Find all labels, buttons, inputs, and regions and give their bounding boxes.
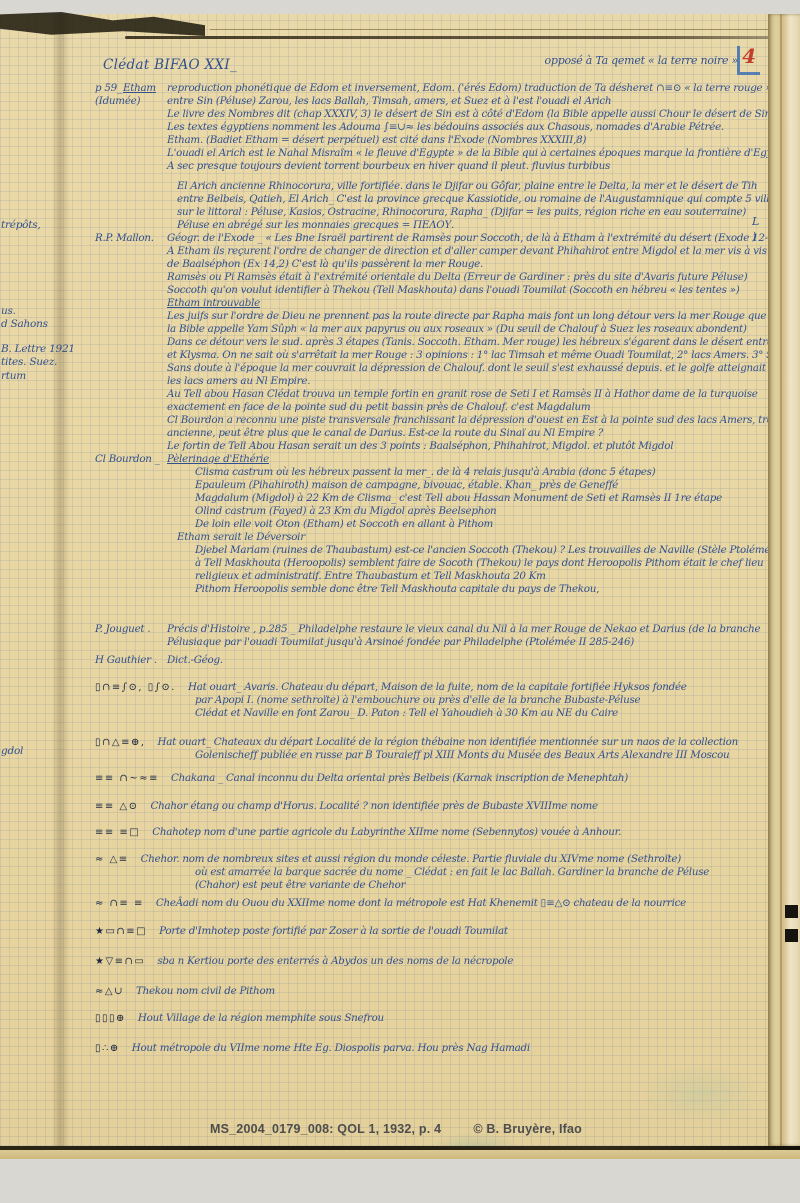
handwritten-text: Soccoth qu'on voulut identifier à Thekou… <box>167 284 739 297</box>
page-number: 4 <box>742 44 756 68</box>
handwritten-text: Le fortin de Tell Abou Hasan serait un d… <box>167 440 673 453</box>
manuscript-line: (Idumée)entre Sin (Péluse) Zarou, les la… <box>95 95 785 108</box>
handwritten-text: Les juifs sur l'ordre de Dieu ne prennen… <box>167 310 766 323</box>
manuscript-line: Epauleum (Pihahiroth) maison de campagne… <box>95 479 785 492</box>
manuscript-line: Le livre des Nombres dit (chap XXXIV, 3)… <box>95 108 785 121</box>
manuscript-line: Les juifs sur l'ordre de Dieu ne prennen… <box>95 310 785 323</box>
handwritten-text: les lacs amers au Nl Empire. <box>167 375 310 388</box>
hieroglyph-group: ▯▯▯⊕ <box>95 1012 126 1025</box>
handwritten-text: Cl Bourdon a reconnu une piste transvers… <box>167 414 778 427</box>
hieroglyph-group: ≈ ∩≡ ≡ <box>95 897 144 910</box>
manuscript-line: exactement en face de la pointe sud du p… <box>95 401 785 414</box>
manuscript-line: Cl Bourdon _Pèlerinage d'Ethérie <box>95 453 785 466</box>
handwritten-text: religieux et administratif. Entre Thauba… <box>195 570 546 583</box>
notebook-page: opposé à Ta qemet « la terre noire » 4 C… <box>0 14 800 1146</box>
handwritten-text: CheÂadi nom du Ouou du XXIIme nome dont … <box>156 897 686 910</box>
handwritten-text: Chehor. nom de nombreux sites et aussi r… <box>141 853 681 866</box>
manuscript-line: Au Tell abou Hasan Clédat trouva un temp… <box>95 388 785 401</box>
copyright-notice: © B. Bruyère, Ifao <box>473 1122 582 1136</box>
handwritten-text: De loin elle voit Oton (Etham) et Soccot… <box>195 518 493 531</box>
handwritten-text: Etham introuvable <box>167 297 260 310</box>
manuscript-line: Les textes égyptiens nomment les Adouma … <box>95 121 785 134</box>
manuscript-line: Djebel Mariam (ruines de Thaubastum) est… <box>95 544 785 557</box>
archive-caption: MS_2004_0179_008: QOL 1, 1932, p. 4 © B.… <box>210 1122 582 1136</box>
handwritten-text: Hat ouart_ Chateaux du départ Localité d… <box>158 736 739 749</box>
margin-keyword-label: Etham <box>123 82 156 95</box>
handwritten-text: Chahor étang ou champ d'Horus. Localité … <box>151 800 598 813</box>
manuscript-line: ▯∴⊕Hout métropole du VIIme nome Hte Eg. … <box>95 1042 785 1055</box>
handwritten-text: de Baalséphon (Ex 14,2) C'est là qu'ils … <box>167 258 483 271</box>
manuscript-line: de Baalséphon (Ex 14,2) C'est là qu'ils … <box>95 258 785 271</box>
hieroglyph-group: ≈△∪ <box>95 985 124 998</box>
page-edge-line-top <box>210 29 800 30</box>
handwritten-text: par Apopi I. (nome sethroïte) à l'embouc… <box>195 694 640 707</box>
manuscript-line: les lacs amers au Nl Empire. <box>95 375 785 388</box>
handwritten-text: Hout Village de la région memphite sous … <box>138 1012 384 1025</box>
manuscript-line: Ramsès ou Pi Ramsès était à l'extrémité … <box>95 271 785 284</box>
manuscript-line: Clédat et Naville en font Zarou_ D. Pato… <box>95 707 785 720</box>
hieroglyph-group: ▯∩≡∫⊙, ▯∫⊙. <box>95 681 176 694</box>
manuscript-line: Clisma castrum où les hébreux passent la… <box>95 466 785 479</box>
handwritten-text: L'ouadi el Arich est le Nahal Misraïm « … <box>167 147 791 160</box>
manuscript-line: ≡≡ △⊙Chahor étang ou champ d'Horus. Loca… <box>95 800 785 813</box>
handwritten-text: Chakana _ Canal inconnu du Delta orienta… <box>171 772 628 785</box>
manuscript-line: ≈△∪Thekou nom civil de Pithom <box>95 985 785 998</box>
manuscript-line: où est amarrée la barque sacrée du nome … <box>95 866 785 879</box>
margin-mark-L: L <box>752 215 759 228</box>
handwritten-text: Péluse en abrégé sur les monnaies grecqu… <box>177 219 454 232</box>
manuscript-body: p 59_Ethamreproduction phonétique de Edo… <box>95 82 785 1055</box>
handwritten-text: A sec presque toujours devient torrent b… <box>167 160 610 173</box>
handwritten-text: Ramsès ou Pi Ramsès était à l'extrémité … <box>167 271 747 284</box>
manuscript-line: ≡≡ ∩~≈≡Chakana _ Canal inconnu du Delta … <box>95 772 785 785</box>
manuscript-line: religieux et administratif. Entre Thauba… <box>95 570 785 583</box>
manuscript-line: L'ouadi el Arich est le Nahal Misraïm « … <box>95 147 785 160</box>
handwritten-text: entre Sin (Péluse) Zarou, les lacs Balla… <box>167 95 611 108</box>
hieroglyph-group: ▯∩△≡⊕, <box>95 736 146 749</box>
manuscript-line: A Etham ils reçurent l'ordre de changer … <box>95 245 785 258</box>
handwritten-text: El Arich ancienne Rhinocorura, ville for… <box>177 180 757 193</box>
handwritten-text: Dans ce détour vers le sud. après 3 étap… <box>167 336 800 349</box>
hieroglyph-group: ★▭∩≡□ <box>95 925 147 938</box>
handwritten-text: Sans doute à l'époque la mer couvrait la… <box>167 362 766 375</box>
handwritten-text: Les textes égyptiens nomment les Adouma … <box>167 121 724 134</box>
manuscript-line: Etham. (Badiet Etham = désert perpétuel)… <box>95 134 785 147</box>
handwritten-text: ancienne, peut être plus que le canal de… <box>167 427 603 440</box>
margin-author-label: P. Jouguet . <box>95 623 150 636</box>
facing-page-text-fragment: d Sahons <box>1 318 48 330</box>
handwritten-text: Dict.-Géog. <box>167 654 223 667</box>
page-edge-shadow-top <box>125 36 800 39</box>
handwritten-text: Etham serait le Déversoir <box>177 531 305 544</box>
manuscript-line: Etham serait le Déversoir <box>95 531 785 544</box>
handwritten-text: Géogr. de l'Exode _ « Les Bne Israël par… <box>167 232 800 245</box>
page-edge-bottom <box>0 1150 800 1159</box>
tape-fragment <box>785 929 798 942</box>
margin-author-label: Cl Bourdon _ <box>95 453 160 466</box>
manuscript-line: ▯∩≡∫⊙, ▯∫⊙.Hat ouart_ Avaris. Chateau du… <box>95 681 785 694</box>
hieroglyph-group: ≈ △≡ <box>95 853 129 866</box>
handwritten-text: sba n Kertiou porte des enterrés à Abydo… <box>157 955 513 968</box>
manuscript-line: entre Belbeis, Qatieh, El Arich_ C'est l… <box>95 193 785 206</box>
manuscript-line: H Gauthier .Dict.-Géog. <box>95 654 785 667</box>
page-edges-right <box>768 14 800 1146</box>
manuscript-line: et Klysma. On ne sait où s'arrêtait la m… <box>95 349 785 362</box>
handwritten-text: Etham. (Badiet Etham = désert perpétuel)… <box>167 134 586 147</box>
page-title: Clédat BIFAO XXI_ <box>103 57 237 73</box>
manuscript-line: R.P. Mallon.Géogr. de l'Exode _ « Les Bn… <box>95 232 785 245</box>
manuscript-line: ≡≡ ≡□Chahotep nom d'une partie agricole … <box>95 826 785 839</box>
handwritten-text: la Bible appelle Yam Sûph « la mer aux p… <box>167 323 747 336</box>
handwritten-text: reproduction phonétique de Edom et inver… <box>167 82 800 95</box>
manuscript-line: ▯▯▯⊕Hout Village de la région memphite s… <box>95 1012 785 1025</box>
facing-page-text-fragment: rtum <box>1 370 26 382</box>
hieroglyph-group: ▯∴⊕ <box>95 1042 120 1055</box>
manuscript-line: Golenischeff publiée en russe par B Tour… <box>95 749 785 762</box>
facing-page-text-fragment: B. Lettre 1921 <box>1 343 75 355</box>
manuscript-line: p 59_Ethamreproduction phonétique de Edo… <box>95 82 785 95</box>
manuscript-line: par Apopi I. (nome sethroïte) à l'embouc… <box>95 694 785 707</box>
manuscript-line: De loin elle voit Oton (Etham) et Soccot… <box>95 518 785 531</box>
handwritten-text: et Klysma. On ne sait où s'arrêtait la m… <box>167 349 793 362</box>
manuscript-line: Magdalum (Migdol) à 22 Km de Clisma_ c'e… <box>95 492 785 505</box>
handwritten-text: Hout métropole du VIIme nome Hte Eg. Dio… <box>132 1042 530 1055</box>
margin-author-label: R.P. Mallon. <box>95 232 154 245</box>
margin-mark-paren: ) <box>752 230 756 243</box>
handwritten-text: Thekou nom civil de Pithom <box>136 985 275 998</box>
manuscript-line: à Tell Maskhouta (Heroopolis) semblent f… <box>95 557 785 570</box>
handwritten-text: Chahotep nom d'une partie agricole du La… <box>152 826 621 839</box>
manuscript-line: Dans ce détour vers le sud. après 3 étap… <box>95 336 785 349</box>
handwritten-text: à Tell Maskhouta (Heroopolis) semblent f… <box>195 557 763 570</box>
tape-fragment <box>785 905 798 918</box>
facing-page-text-fragment: tites. Suez. <box>1 356 57 368</box>
handwritten-text: Golenischeff publiée en russe par B Tour… <box>195 749 729 762</box>
margin-author-label: H Gauthier . <box>95 654 157 667</box>
hieroglyph-group: ≡≡ △⊙ <box>95 800 139 813</box>
facing-page-text-fragment: us. <box>1 305 16 317</box>
handwritten-text: Djebel Mariam (ruines de Thaubastum) est… <box>195 544 797 557</box>
manuscript-line: P. Jouguet .Précis d'Histoire , p.285 _ … <box>95 623 785 636</box>
handwritten-text: Pithom Heroopolis semble donc être Tell … <box>195 583 599 596</box>
handwritten-text: Clédat et Naville en font Zarou_ D. Pato… <box>195 707 618 720</box>
handwritten-text: Le livre des Nombres dit (chap XXXIV, 3)… <box>167 108 775 121</box>
manuscript-line: ≈ △≡Chehor. nom de nombreux sites et aus… <box>95 853 785 866</box>
facing-page-text-fragment: gdol <box>1 745 23 757</box>
manuscript-line: sur le littoral : Péluse, Kasios, Ostrac… <box>95 206 785 219</box>
marginalia-top-right: opposé à Ta qemet « la terre noire » <box>545 54 738 67</box>
handwritten-text: Porte d'Imhotep poste fortifié par Zoser… <box>159 925 508 938</box>
handwritten-text: entre Belbeis, Qatieh, El Arich_ C'est l… <box>177 193 780 206</box>
manuscript-line: ≈ ∩≡ ≡CheÂadi nom du Ouou du XXIIme nome… <box>95 897 785 910</box>
facing-page-text-fragment: trépôts, <box>1 219 40 231</box>
manuscript-line: ★▭∩≡□Porte d'Imhotep poste fortifié par … <box>95 925 785 938</box>
page-stain <box>640 1064 760 1124</box>
manuscript-line: Péluse en abrégé sur les monnaies grecqu… <box>95 219 785 232</box>
handwritten-text: où est amarrée la barque sacrée du nome … <box>195 866 709 879</box>
manuscript-line: Pithom Heroopolis semble donc être Tell … <box>95 583 785 596</box>
handwritten-text: Magdalum (Migdol) à 22 Km de Clisma_ c'e… <box>195 492 722 505</box>
handwritten-text: sur le littoral : Péluse, Kasios, Ostrac… <box>177 206 746 219</box>
manuscript-line: Sans doute à l'époque la mer couvrait la… <box>95 362 785 375</box>
handwritten-text: Pèlerinage d'Ethérie <box>167 453 269 466</box>
handwritten-text: (Chahor) est peut être variante de Cheho… <box>195 879 405 892</box>
handwritten-text: Clisma castrum où les hébreux passent la… <box>195 466 655 479</box>
manuscript-line: ancienne, peut être plus que le canal de… <box>95 427 785 440</box>
manuscript-line: ★▽≡∩▭sba n Kertiou porte des enterrés à … <box>95 955 785 968</box>
manuscript-line: ▯∩△≡⊕,Hat ouart_ Chateaux du départ Loca… <box>95 736 785 749</box>
page-edge-crease <box>780 14 782 1146</box>
manuscript-line: Pélusiaque par l'ouadi Toumilat jusqu'à … <box>95 636 785 649</box>
hieroglyph-group: ≡≡ ≡□ <box>95 826 140 839</box>
manuscript-line: (Chahor) est peut être variante de Cheho… <box>95 879 785 892</box>
handwritten-text: A Etham ils reçurent l'ordre de changer … <box>167 245 767 258</box>
manuscript-line: A sec presque toujours devient torrent b… <box>95 160 785 173</box>
binding-crease <box>52 14 70 1146</box>
archive-reference: MS_2004_0179_008: QOL 1, 1932, p. 4 <box>210 1122 441 1136</box>
manuscript-line: El Arich ancienne Rhinocorura, ville for… <box>95 180 785 193</box>
handwritten-text: exactement en face de la pointe sud du p… <box>167 401 590 414</box>
handwritten-text: Au Tell abou Hasan Clédat trouva un temp… <box>167 388 758 401</box>
manuscript-line: Olind castrum (Fayed) à 23 Km du Migdol … <box>95 505 785 518</box>
manuscript-line: Etham introuvable <box>95 297 785 310</box>
hieroglyph-group: ★▽≡∩▭ <box>95 955 145 968</box>
handwritten-text: Pélusiaque par l'ouadi Toumilat jusqu'à … <box>167 636 634 649</box>
margin-author-label: (Idumée) <box>95 95 140 108</box>
handwritten-text: Epauleum (Pihahiroth) maison de campagne… <box>195 479 618 492</box>
hieroglyph-group: ≡≡ ∩~≈≡ <box>95 772 159 785</box>
margin-author-label: p 59_ <box>95 82 122 95</box>
handwritten-text: Hat ouart_ Avaris. Chateau du départ, Ma… <box>188 681 687 694</box>
handwritten-text: Précis d'Histoire , p.285 _ Philadelphe … <box>167 623 760 636</box>
handwritten-text: Olind castrum (Fayed) à 23 Km du Migdol … <box>195 505 496 518</box>
manuscript-line: Cl Bourdon a reconnu une piste transvers… <box>95 414 785 427</box>
manuscript-line: la Bible appelle Yam Sûph « la mer aux p… <box>95 323 785 336</box>
manuscript-line: Soccoth qu'on voulut identifier à Thekou… <box>95 284 785 297</box>
manuscript-line: Le fortin de Tell Abou Hasan serait un d… <box>95 440 785 453</box>
